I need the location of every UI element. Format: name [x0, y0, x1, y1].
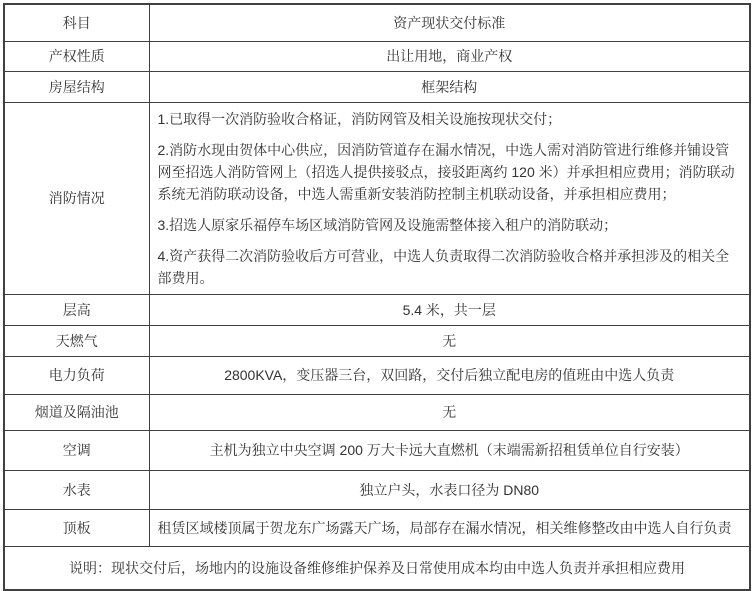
- row-value-fire-safety: 1.已取得一次消防验收合格证，消防网管及相关设施按现状交付； 2.消防水现由贺体…: [149, 102, 750, 294]
- row-label-power-load: 电力负荷: [4, 356, 149, 394]
- row-value-power-load: 2800KVA，变压器三台，双回路，交付后独立配电房的值班由中选人负责: [149, 356, 750, 394]
- table-row: 消防情况 1.已取得一次消防验收合格证，消防网管及相关设施按现状交付； 2.消防…: [4, 102, 750, 294]
- row-value-building-structure: 框架结构: [149, 71, 750, 102]
- table-row: 烟道及隔油池 无: [4, 394, 750, 430]
- row-value-natural-gas: 无: [149, 325, 750, 356]
- row-label-water-meter: 水表: [4, 470, 149, 509]
- row-label-property-rights: 产权性质: [4, 41, 149, 71]
- table-row: 顶板 租赁区域楼顶属于贺龙东广场露天广场，局部存在漏水情况，相关维修整改由中选人…: [4, 509, 750, 546]
- row-value-water-meter: 独立户头，水表口径为 DN80: [149, 470, 750, 509]
- table-row: 空调 主机为独立中央空调 200 万大卡远大直燃机（末端需新招租赁单位自行安装）: [4, 430, 750, 470]
- table-row: 水表 独立户头，水表口径为 DN80: [4, 470, 750, 509]
- table-row: 天燃气 无: [4, 325, 750, 356]
- fire-safety-paragraph-4: 4.资产获得二次消防验收后方可营业，中选人负责取得二次消防验收合格并承担涉及的相…: [158, 245, 740, 289]
- row-value-roof-slab: 租赁区域楼顶属于贺龙东广场露天广场，局部存在漏水情况，相关维修整改由中选人自行负…: [149, 509, 750, 546]
- row-label-flue-grease-trap: 烟道及隔油池: [4, 394, 149, 430]
- delivery-standard-document: 科目 资产现状交付标准 产权性质 出让用地，商业产权 房屋结构 框架结构 消防情…: [0, 0, 754, 572]
- row-label-natural-gas: 天燃气: [4, 325, 149, 356]
- table-row: 产权性质 出让用地，商业产权: [4, 41, 750, 71]
- row-value-floor-height: 5.4 米，共一层: [149, 294, 750, 325]
- table-row: 说明：现状交付后，场地内的设施设备维修维护保养及日常使用成本均由中选人负责并承担…: [4, 546, 750, 590]
- row-value-hvac: 主机为独立中央空调 200 万大卡远大直燃机（末端需新招租赁单位自行安装）: [149, 430, 750, 470]
- table-row: 电力负荷 2800KVA，变压器三台，双回路，交付后独立配电房的值班由中选人负责: [4, 356, 750, 394]
- table-row: 房屋结构 框架结构: [4, 71, 750, 102]
- asset-delivery-standard-table: 科目 资产现状交付标准 产权性质 出让用地，商业产权 房屋结构 框架结构 消防情…: [3, 3, 751, 591]
- row-label-floor-height: 层高: [4, 294, 149, 325]
- fire-safety-paragraph-3: 3.招选人原家乐福停车场区域消防管网及设施需整体接入租户的消防联动；: [158, 214, 740, 236]
- row-value-flue-grease-trap: 无: [149, 394, 750, 430]
- row-label-subject: 科目: [4, 4, 149, 41]
- table-row: 科目 资产现状交付标准: [4, 4, 750, 41]
- fire-safety-paragraph-2: 2.消防水现由贺体中心供应，因消防管道存在漏水情况，中选人需对消防管进行维修并铺…: [158, 139, 740, 205]
- row-label-fire-safety: 消防情况: [4, 102, 149, 294]
- row-label-roof-slab: 顶板: [4, 509, 149, 546]
- row-value-property-rights: 出让用地，商业产权: [149, 41, 750, 71]
- row-value-subject: 资产现状交付标准: [149, 4, 750, 41]
- row-label-building-structure: 房屋结构: [4, 71, 149, 102]
- fire-safety-paragraph-1: 1.已取得一次消防验收合格证，消防网管及相关设施按现状交付；: [158, 108, 740, 130]
- note-row: 说明：现状交付后，场地内的设施设备维修维护保养及日常使用成本均由中选人负责并承担…: [4, 546, 750, 590]
- row-label-hvac: 空调: [4, 430, 149, 470]
- table-row: 层高 5.4 米，共一层: [4, 294, 750, 325]
